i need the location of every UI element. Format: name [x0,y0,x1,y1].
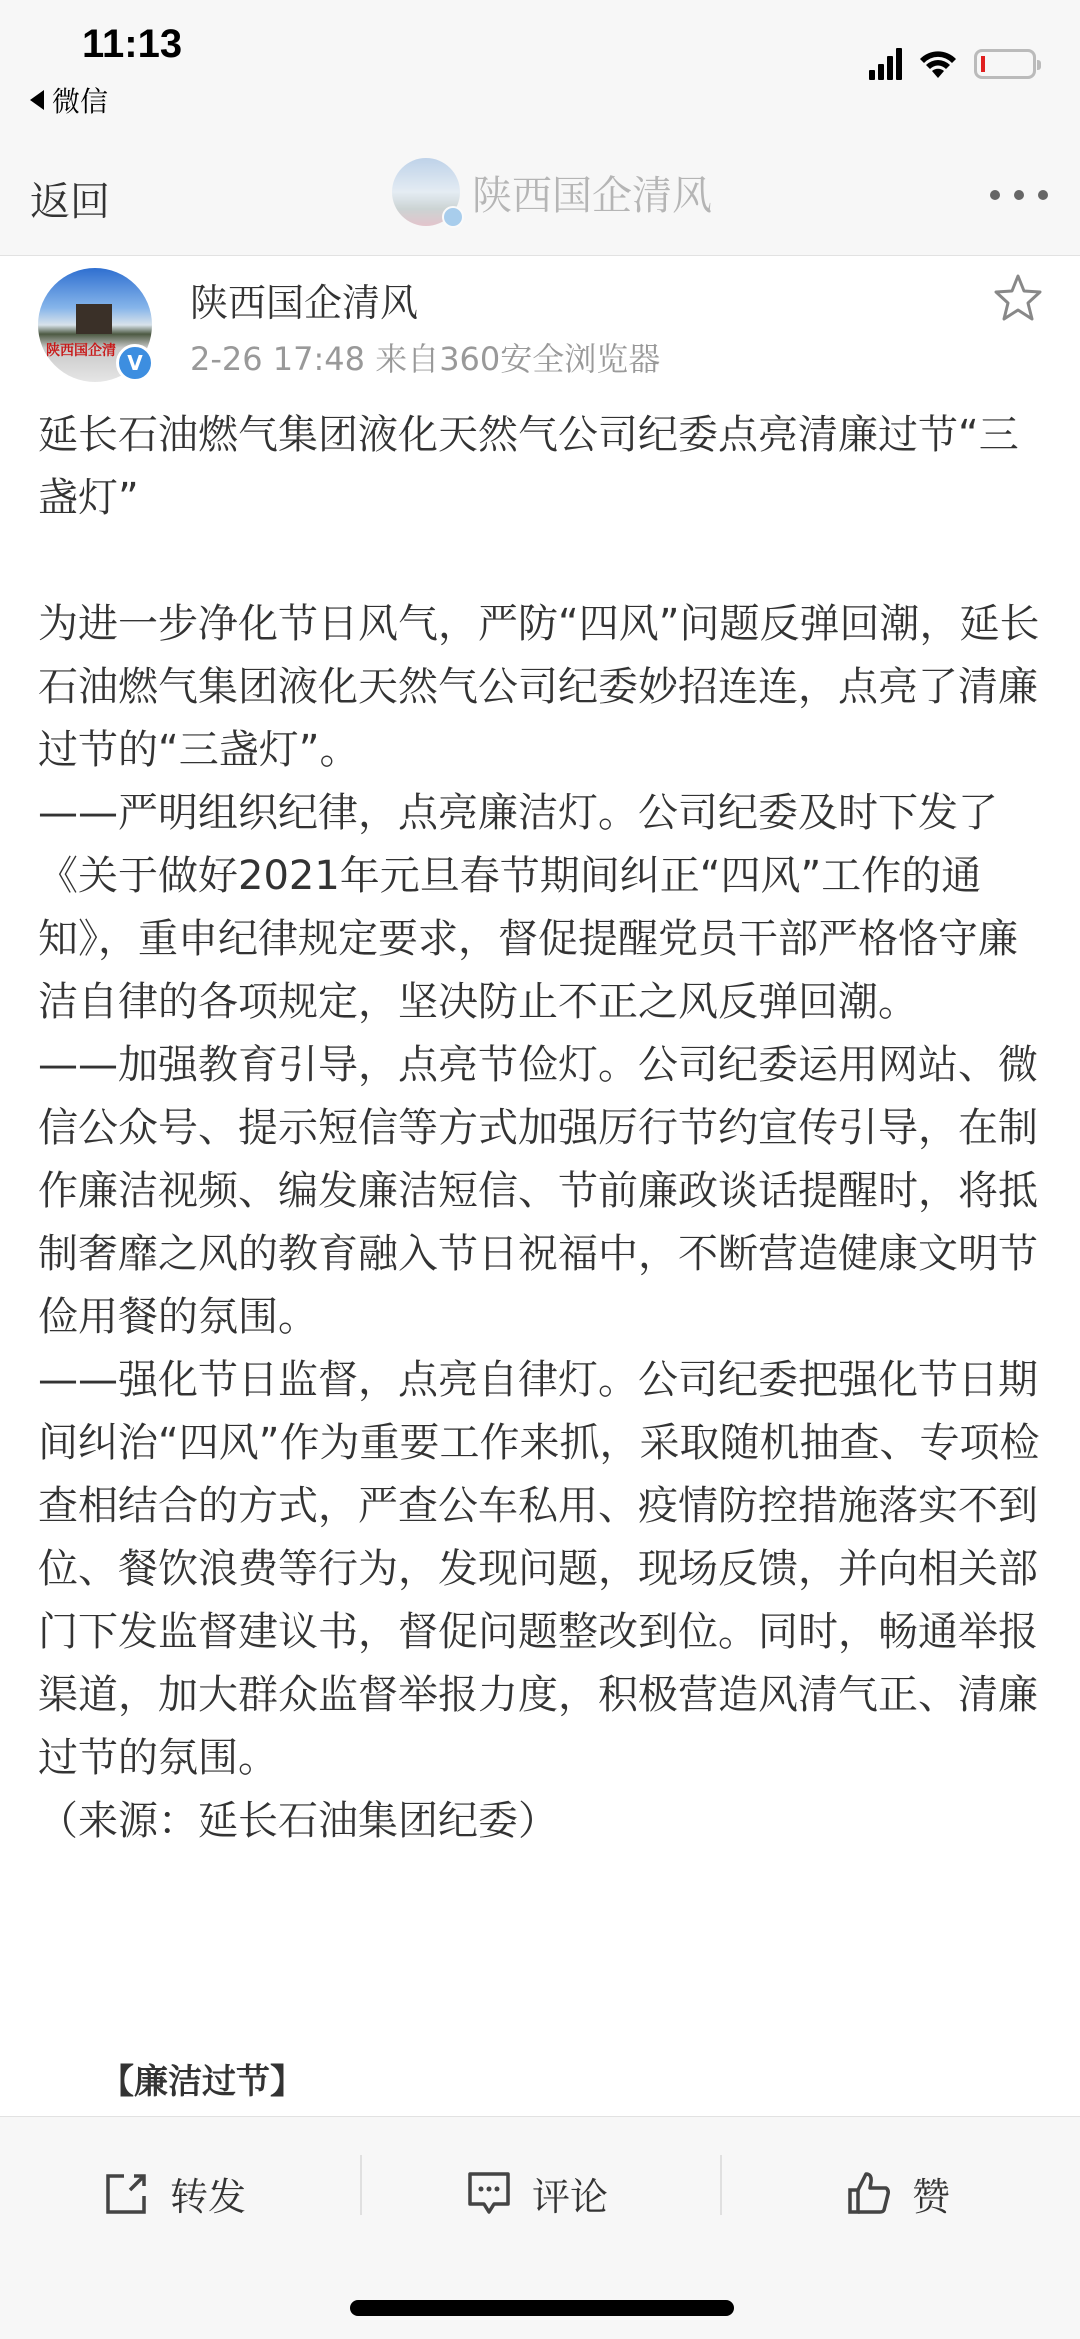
article-body: 延长石油燃气集团液化天然气公司纪委点亮清廉过节“三盏灯” 为进一步净化节日风气，… [38,404,1048,1853]
paragraph-lamp-3: ——强化节日监督，点亮自律灯。公司纪委把强化节日期间纠治“四风”作为重要工作来抓… [38,1349,1048,1790]
signal-icon [869,48,902,80]
back-to-wechat[interactable]: 微信 [30,80,108,120]
nav-title: 陕西国企清风 [392,158,712,226]
post-header: 陕西国企清 V 陕西国企清风 2-26 17:48 来自360安全浏览器 [0,256,1080,386]
star-icon[interactable] [992,272,1044,324]
paragraph-lamp-1: ——严明组织纪律，点亮廉洁灯。公司纪委及时下发了《关于做好2021年元旦春节期间… [38,782,1048,1034]
status-bar: 11:13 微信 [0,0,1080,140]
wifi-icon [918,48,958,80]
clock: 11:13 [82,22,182,67]
nav-avatar [392,158,460,226]
system-icons [869,48,1036,80]
home-indicator[interactable] [350,2300,734,2316]
battery-low-icon [974,49,1036,79]
like-button[interactable]: 赞 [846,2153,950,2233]
thumbs-up-icon [846,2170,892,2216]
topic-tag: 【廉洁过节】 [100,2054,304,2103]
article-title: 延长石油燃气集团液化天然气公司纪委点亮清廉过节“三盏灯” [38,404,1048,530]
post-meta: 2-26 17:48 来自360安全浏览器 [190,334,660,380]
paragraph-source: （来源：延长石油集团纪委） [38,1790,1048,1853]
divider [360,2155,362,2215]
share-button[interactable]: 转发 [104,2153,246,2233]
author-name[interactable]: 陕西国企清风 [190,272,418,327]
more-dots-icon[interactable] [990,190,1048,200]
share-label: 转发 [170,2166,246,2221]
paragraph-intro: 为进一步净化节日风气，严防“四风”问题反弹回潮，延长石油燃气集团液化天然气公司纪… [38,593,1048,782]
paragraph-lamp-2: ——加强教育引导，点亮节俭灯。公司纪委运用网站、微信公众号、提示短信等方式加强厉… [38,1034,1048,1349]
divider [720,2155,722,2215]
back-app-label: 微信 [52,80,108,120]
comment-label: 评论 [532,2166,608,2221]
comment-button[interactable]: 评论 [466,2153,608,2233]
like-label: 赞 [912,2166,950,2221]
nav-title-text: 陕西国企清风 [472,164,712,221]
comment-icon [466,2170,512,2216]
back-button[interactable]: 返回 [30,170,110,227]
nav-bar: 返回 陕西国企清风 [0,140,1080,256]
back-triangle-icon [30,90,44,110]
verified-badge-icon: V [116,344,154,382]
share-icon [104,2170,150,2216]
